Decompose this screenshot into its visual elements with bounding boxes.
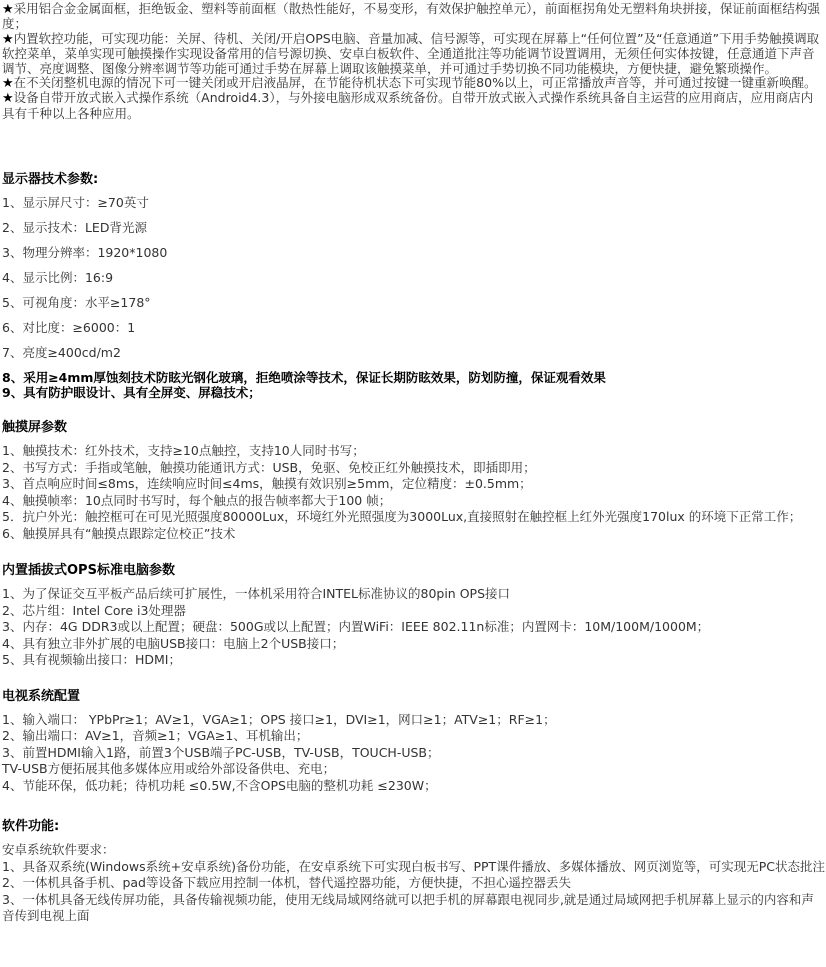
- section-heading: 电视系统配置: [2, 689, 825, 705]
- spec-item: 2、芯片组：Intel Core i3处理器: [2, 603, 825, 620]
- intro-paragraphs: ★采用铝合金金属面框，拒绝钣金、塑料等前面框（散热性能好，不易变形，有效保护触控…: [2, 2, 825, 121]
- spec-item: 3、一体机具备无线传屏功能，具备传输视频功能，使用无线局域网络就可以把手机的屏幕…: [2, 892, 825, 925]
- spec-item: 3、首点响应时间≤8ms，连续响应时间≤4ms，触摸有效识别≥5mm，定位精度：…: [2, 476, 825, 493]
- spec-document: ★采用铝合金金属面框，拒绝钣金、塑料等前面框（散热性能好，不易变形，有效保护触控…: [0, 0, 826, 925]
- intro-paragraph: ★在不关闭整机电源的情况下可一键关闭或开启液晶屏，在节能待机状态下可实现节能80…: [2, 76, 825, 91]
- section-tv-system-configuration: 电视系统配置1、输入端口： YPbPr≥1；AV≥1，VGA≥1；OPS 接口≥…: [2, 689, 825, 795]
- spec-item: 4、触摸帧率：10点同时书写时，每个触点的报告帧率都大于100 帧；: [2, 493, 825, 510]
- spec-item: 4、显示比例：16:9: [2, 270, 825, 285]
- intro-paragraph: ★采用铝合金金属面框，拒绝钣金、塑料等前面框（散热性能好，不易变形，有效保护触控…: [2, 2, 825, 32]
- intro-paragraph: ★内置软控功能，可实现功能：关屏、待机、关闭/开启OPS电脑、音量加减、信号源等…: [2, 32, 825, 76]
- spec-item: 1、显示屏尺寸：≥70英寸: [2, 195, 825, 210]
- spec-item: 1、为了保证交互平板产品后续可扩展性，一体机采用符合INTEL标准协议的80pi…: [2, 586, 825, 603]
- spec-item: 2、输出端口：AV≥1，音频≥1；VGA≥1、耳机输出；: [2, 728, 825, 745]
- intro-paragraph-text: 采用铝合金金属面框，拒绝钣金、塑料等前面框（散热性能好，不易变形，有效保护触控单…: [2, 1, 820, 31]
- spec-item: 6、对比度：≥6000：1: [2, 320, 825, 335]
- spec-item: 4、具有独立非外扩展的电脑USB接口：电脑上2个USB接口；: [2, 636, 825, 653]
- intro-paragraph-text: 内置软控功能，可实现功能：关屏、待机、关闭/开启OPS电脑、音量加减、信号源等，…: [2, 31, 819, 76]
- spec-item: 9、具有防护眼设计、具有全屏变、屏稳技术；: [2, 385, 825, 400]
- spec-item: 1、输入端口： YPbPr≥1；AV≥1，VGA≥1；OPS 接口≥1，DVI≥…: [2, 712, 825, 729]
- spec-item: 3、前置HDMI输入1路，前置3个USB端子PC-USB，TV-USB，TOUC…: [2, 745, 825, 762]
- spec-sections: 显示器技术参数:1、显示屏尺寸：≥70英寸2、显示技术：LED背光源3、物理分辨…: [2, 172, 825, 925]
- spec-item: 安卓系统软件要求：: [2, 842, 825, 859]
- spec-item: 1、具备双系统(Windows系统+安卓系统)备份功能，在安卓系统下可实现白板书…: [2, 859, 825, 876]
- star-bullet-icon: ★: [2, 91, 14, 106]
- spec-item: 2、书写方式：手指或笔触，触摸功能通讯方式：USB，免驱、免校正红外触摸技术，即…: [2, 460, 825, 477]
- intro-paragraph: ★设备自带开放式嵌入式操作系统（Android4.3），与外接电脑形成双系统备份…: [2, 91, 825, 121]
- section-display-parameters: 显示器技术参数:1、显示屏尺寸：≥70英寸2、显示技术：LED背光源3、物理分辨…: [2, 172, 825, 400]
- spec-item: 4、节能环保，低功耗；待机功耗 ≤0.5W,不含OPS电脑的整机功耗 ≤230W…: [2, 778, 825, 795]
- intro-paragraph-text: 设备自带开放式嵌入式操作系统（Android4.3），与外接电脑形成双系统备份。…: [2, 90, 813, 120]
- spec-item: 1、触摸技术：红外技术，支持≥10点触控，支持10人同时书写；: [2, 443, 825, 460]
- section-software-functions: 软件功能:安卓系统软件要求：1、具备双系统(Windows系统+安卓系统)备份功…: [2, 819, 825, 925]
- spec-item: 8、采用≥4mm厚蚀刻技术防眩光钢化玻璃，拒绝喷涂等技术，保证长期防眩效果，防划…: [2, 370, 825, 385]
- spec-item: 7、亮度≥400cd/m2: [2, 345, 825, 360]
- section-ops-computer-parameters: 内置插拔式OPS标准电脑参数1、为了保证交互平板产品后续可扩展性，一体机采用符合…: [2, 563, 825, 669]
- section-heading: 内置插拔式OPS标准电脑参数: [2, 563, 825, 579]
- spec-item: TV-USB方便拓展其他多媒体应用或给外部设备供电、充电；: [2, 761, 825, 778]
- star-bullet-icon: ★: [2, 76, 14, 91]
- spec-item: 3、内存：4G DDR3或以上配置；硬盘：500G或以上配置；内置WiFi：IE…: [2, 619, 825, 636]
- spec-item: 3、物理分辨率：1920*1080: [2, 245, 825, 260]
- star-bullet-icon: ★: [2, 2, 14, 17]
- spec-item: 6、触摸屏具有“触摸点跟踪定位校正”技术: [2, 526, 825, 543]
- intro-paragraph-text: 在不关闭整机电源的情况下可一键关闭或开启液晶屏，在节能待机状态下可实现节能80%…: [14, 75, 817, 90]
- star-bullet-icon: ★: [2, 32, 14, 47]
- spec-item: 5、可视角度：水平≥178°: [2, 295, 825, 310]
- section-heading: 显示器技术参数:: [2, 172, 825, 188]
- spec-item: 2、一体机具备手机、pad等设备下载应用控制一体机，替代遥控器功能，方便快捷，不…: [2, 875, 825, 892]
- spec-item: 5．抗户外光：触控框可在可见光照强度80000Lux，环境红外光照强度为3000…: [2, 509, 825, 526]
- section-touch-screen-parameters: 触摸屏参数1、触摸技术：红外技术，支持≥10点触控，支持10人同时书写；2、书写…: [2, 420, 825, 542]
- section-heading: 软件功能:: [2, 819, 825, 835]
- spec-item: 2、显示技术：LED背光源: [2, 220, 825, 235]
- section-heading: 触摸屏参数: [2, 420, 825, 436]
- spec-item: 5、具有视频输出接口：HDMI；: [2, 652, 825, 669]
